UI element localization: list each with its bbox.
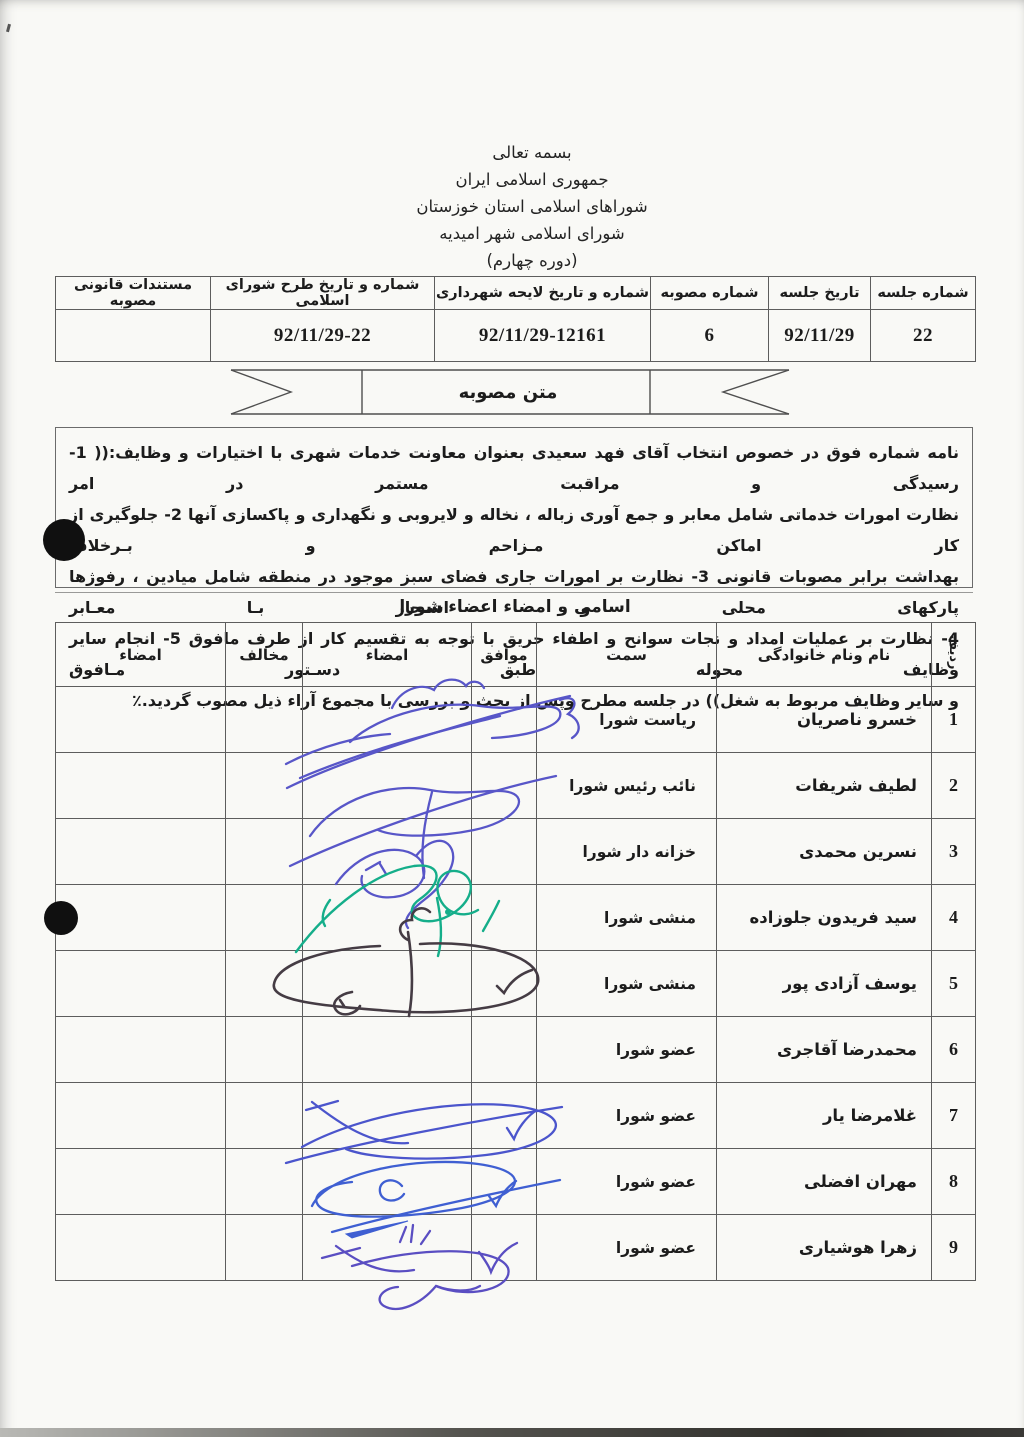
member-name: یوسف آزادی پور <box>717 951 932 1017</box>
member-position: منشی شورا <box>537 885 717 951</box>
member-name: مهران افضلی <box>717 1149 932 1215</box>
member-row: 9 زهرا هوشیاری عضو شورا <box>56 1215 976 1281</box>
member-position: عضو شورا <box>537 1083 717 1149</box>
oppose-cell <box>226 1017 303 1083</box>
agree-cell <box>472 885 537 951</box>
member-name: خسرو ناصریان <box>717 687 932 753</box>
letterhead: بسمه تعالی جمهوری اسلامی ایران شوراهای ا… <box>292 139 772 274</box>
besmele-line: بسمه تعالی <box>292 139 772 166</box>
col-signature-oppose: امضاء <box>56 623 226 687</box>
col-resolution-number: شماره مصوبه <box>651 277 769 310</box>
agree-cell <box>472 819 537 885</box>
col-agree: موافق <box>472 623 537 687</box>
oppose-cell <box>226 687 303 753</box>
ribbon-left-chevron <box>231 370 291 414</box>
resolution-text-box: نامه شماره فوق در خصوص انتخاب آقای فهد س… <box>55 427 973 588</box>
member-row: 7 غلامرضا یار عضو شورا <box>56 1083 976 1149</box>
member-name: محمدرضا آقاجری <box>717 1017 932 1083</box>
col-legal-docs: مستندات قانونی مصوبه <box>56 277 211 310</box>
oppose-cell <box>226 1215 303 1281</box>
col-council-plan: شماره و تاریخ طرح شورای اسلامی <box>211 277 435 310</box>
oppose-cell <box>226 819 303 885</box>
city-council-line: شورای اسلامی شهر امیدیه <box>292 220 772 247</box>
oppose-cell <box>226 753 303 819</box>
signature-cell <box>303 1083 472 1149</box>
oppose-signature-cell <box>56 951 226 1017</box>
oppose-cell <box>226 885 303 951</box>
resolution-line: نامه شماره فوق در خصوص انتخاب آقای فهد س… <box>69 437 959 499</box>
oppose-cell <box>226 951 303 1017</box>
meta-value-row: 22 92/11/29 6 92/11/29-12161 92/11/29-22 <box>56 310 976 362</box>
col-full-name: نام ونام خانوادگی <box>717 623 932 687</box>
resolution-number-value: 6 <box>651 310 769 362</box>
agree-cell <box>472 1017 537 1083</box>
signature-cell <box>303 753 472 819</box>
oppose-cell <box>226 1083 303 1149</box>
col-row-number: ردیف <box>932 623 976 687</box>
member-row: 5 یوسف آزادی پور منشی شورا <box>56 951 976 1017</box>
oppose-signature-cell <box>56 885 226 951</box>
member-position: خزانه دار شورا <box>537 819 717 885</box>
oppose-signature-cell <box>56 1215 226 1281</box>
member-row: 3 نسرین محمدی خزانه دار شورا <box>56 819 976 885</box>
member-name: زهرا هوشیاری <box>717 1215 932 1281</box>
signature-cell <box>303 885 472 951</box>
col-session-number: شماره جلسه <box>871 277 976 310</box>
province-council-line: شوراهای اسلامی استان خوزستان <box>292 193 772 220</box>
member-name: غلامرضا یار <box>717 1083 932 1149</box>
municipality-bill-value: 92/11/29-12161 <box>435 310 651 362</box>
members-header-row: ردیف نام ونام خانوادگی سمت موافق امضاء م… <box>56 623 976 687</box>
resolution-ribbon: متن مصوبه <box>229 364 791 420</box>
col-signature-agree: امضاء <box>303 623 472 687</box>
scanned-document-page: بسمه تعالی جمهوری اسلامی ایران شوراهای ا… <box>0 0 1024 1437</box>
scan-bottom-shadow <box>0 1428 1024 1437</box>
session-date-value: 92/11/29 <box>769 310 871 362</box>
member-row: 8 مهران افضلی عضو شورا <box>56 1149 976 1215</box>
ribbon-title: متن مصوبه <box>365 371 651 413</box>
agree-cell <box>472 753 537 819</box>
resolution-line: نظارت امورات خدماتی شامل معابر و جمع آور… <box>69 499 959 561</box>
signature-cell <box>303 951 472 1017</box>
oppose-signature-cell <box>56 1017 226 1083</box>
signature-cell <box>303 1017 472 1083</box>
oppose-signature-cell <box>56 687 226 753</box>
member-row: 4 سید فریدون جلوزاده منشی شورا <box>56 885 976 951</box>
member-row: 6 محمدرضا آقاجری عضو شورا <box>56 1017 976 1083</box>
col-position: سمت <box>537 623 717 687</box>
oppose-signature-cell <box>56 753 226 819</box>
meta-header-row: شماره جلسه تاریخ جلسه شماره مصوبه شماره … <box>56 277 976 310</box>
agree-cell <box>472 687 537 753</box>
signature-cell <box>303 687 472 753</box>
members-signature-table: ردیف نام ونام خانوادگی سمت موافق امضاء م… <box>55 622 976 1281</box>
oppose-cell <box>226 1149 303 1215</box>
col-oppose: مخالف <box>226 623 303 687</box>
member-row: 2 لطیف شریفات نائب رئیس شورا <box>56 753 976 819</box>
member-position: منشی شورا <box>537 951 717 1017</box>
col-municipality-bill: شماره و تاریخ لایحه شهرداری <box>435 277 651 310</box>
member-position: عضو شورا <box>537 1017 717 1083</box>
member-position: عضو شورا <box>537 1149 717 1215</box>
signature-cell <box>303 819 472 885</box>
member-position: ریاست شورا <box>537 687 717 753</box>
agree-cell <box>472 1215 537 1281</box>
members-section-title: اسامی و امضاء اعضاء شورا <box>55 597 975 617</box>
signature-cell <box>303 1215 472 1281</box>
col-session-date: تاریخ جلسه <box>769 277 871 310</box>
oppose-signature-cell <box>56 819 226 885</box>
oppose-signature-cell <box>56 1083 226 1149</box>
session-number-value: 22 <box>871 310 976 362</box>
member-row: 1 خسرو ناصریان ریاست شورا <box>56 687 976 753</box>
double-rule <box>55 592 973 593</box>
member-name: لطیف شریفات <box>717 753 932 819</box>
agree-cell <box>472 1083 537 1149</box>
ribbon-right-chevron <box>723 370 789 414</box>
agree-cell <box>472 951 537 1017</box>
signature-cell <box>303 1149 472 1215</box>
country-line: جمهوری اسلامی ایران <box>292 166 772 193</box>
member-position: عضو شورا <box>537 1215 717 1281</box>
member-name: سید فریدون جلوزاده <box>717 885 932 951</box>
member-position: نائب رئیس شورا <box>537 753 717 819</box>
term-line: (دوره چهارم) <box>292 247 772 274</box>
agree-cell <box>472 1149 537 1215</box>
legal-docs-value <box>56 310 211 362</box>
council-plan-value: 92/11/29-22 <box>211 310 435 362</box>
session-meta-table: شماره جلسه تاریخ جلسه شماره مصوبه شماره … <box>55 276 976 362</box>
member-name: نسرین محمدی <box>717 819 932 885</box>
scan-speck <box>6 24 11 33</box>
oppose-signature-cell <box>56 1149 226 1215</box>
